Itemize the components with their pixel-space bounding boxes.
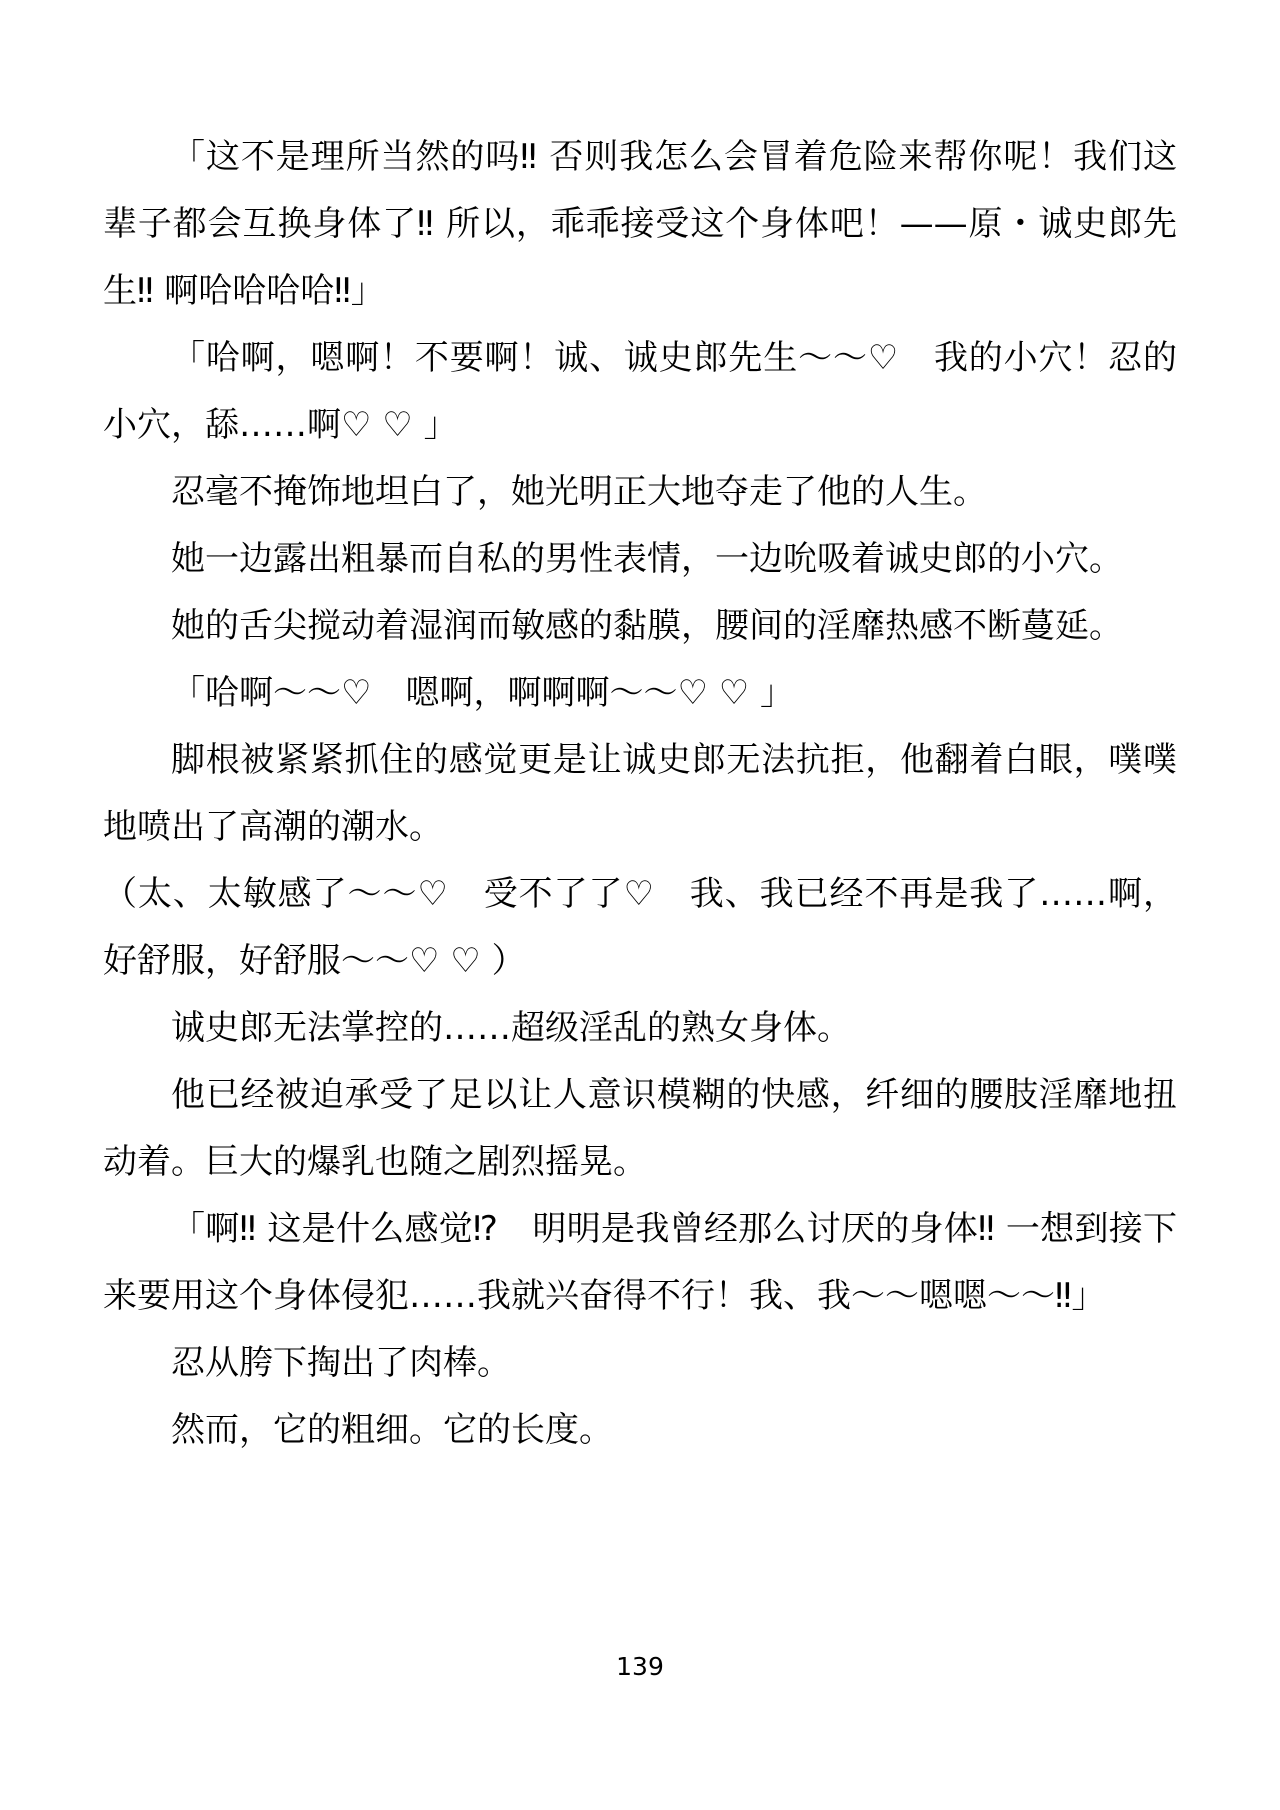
paragraph: 然而，它的粗细。它的长度。 bbox=[103, 1397, 1177, 1464]
paragraph: （太、太敏感了～～♡ 受不了了♡ 我、我已经不再是我了……啊，好舒服，好舒服～～… bbox=[103, 861, 1177, 995]
paragraph: 「哈啊，嗯啊！不要啊！诚、诚史郎先生～～♡ 我的小穴！忍的小穴，舔……啊♡ ♡ … bbox=[103, 325, 1177, 459]
paragraph: 她的舌尖搅动着湿润而敏感的黏膜，腰间的淫靡热感不断蔓延。 bbox=[103, 593, 1177, 660]
paragraph: 「这不是理所当然的吗‼ 否则我怎么会冒着危险来帮你呢！我们这辈子都会互换身体了‼… bbox=[103, 124, 1177, 325]
document-page: 「这不是理所当然的吗‼ 否则我怎么会冒着危险来帮你呢！我们这辈子都会互换身体了‼… bbox=[0, 0, 1280, 1810]
paragraph: 「啊‼ 这是什么感觉⁉ 明明是我曾经那么讨厌的身体‼ 一想到接下来要用这个身体侵… bbox=[103, 1196, 1177, 1330]
page-number: 139 bbox=[0, 1652, 1280, 1682]
paragraph: 她一边露出粗暴而自私的男性表情，一边吮吸着诚史郎的小穴。 bbox=[103, 526, 1177, 593]
paragraph: 他已经被迫承受了足以让人意识模糊的快感，纤细的腰肢淫靡地扭动着。巨大的爆乳也随之… bbox=[103, 1062, 1177, 1196]
paragraph: 忍从胯下掏出了肉棒。 bbox=[103, 1330, 1177, 1397]
text-body: 「这不是理所当然的吗‼ 否则我怎么会冒着危险来帮你呢！我们这辈子都会互换身体了‼… bbox=[103, 124, 1177, 1464]
paragraph: 「哈啊～～♡ 嗯啊，啊啊啊～～♡ ♡ 」 bbox=[103, 660, 1177, 727]
paragraph: 忍毫不掩饰地坦白了，她光明正大地夺走了他的人生。 bbox=[103, 459, 1177, 526]
paragraph: 诚史郎无法掌控的……超级淫乱的熟女身体。 bbox=[103, 995, 1177, 1062]
paragraph: 脚根被紧紧抓住的感觉更是让诚史郎无法抗拒，他翻着白眼，噗噗地喷出了高潮的潮水。 bbox=[103, 727, 1177, 861]
